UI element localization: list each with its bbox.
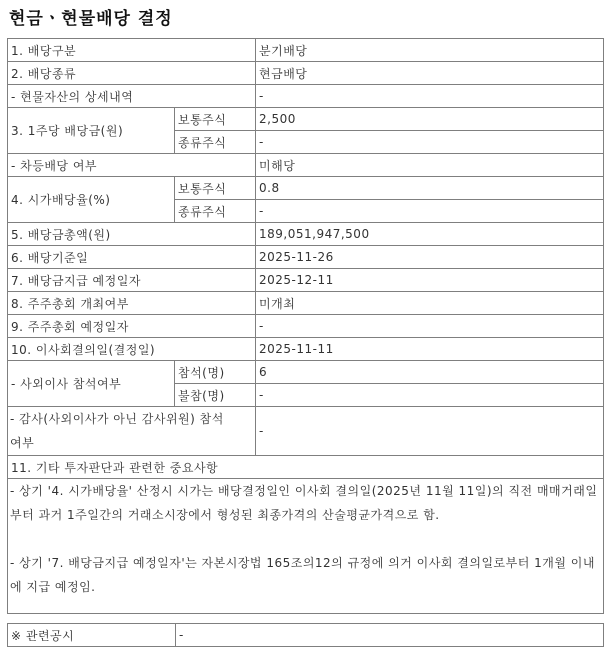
row-value: 2025-11-26 (256, 246, 604, 269)
sub-label: 보통주식 (175, 108, 256, 131)
table-row: 4. 시가배당율(%) 보통주식 0.8 (8, 177, 604, 200)
page-title: 현금ㆍ현물배당 결정 (9, 4, 173, 29)
notes-cell: - 상기 '4. 시가배당율' 산정시 시가는 배당결정일인 이사회 결의일(2… (8, 479, 604, 614)
table-row: 9. 주주총회 예정일자 - (8, 315, 604, 338)
row-value: 미해당 (256, 154, 604, 177)
row-label: 4. 시가배당율(%) (8, 177, 175, 223)
row-value: 2025-11-11 (256, 338, 604, 361)
row-value: - (256, 384, 604, 407)
row-label: 9. 주주총회 예정일자 (8, 315, 256, 338)
row-label: 7. 배당금지급 예정일자 (8, 269, 256, 292)
table-row: - 감사(사외이사가 아닌 감사위원) 참석여부 - (8, 407, 604, 456)
note-paragraph: - 상기 '7. 배당금지급 예정일자'는 자본시장법 165조의12의 규정에… (10, 551, 601, 599)
table-row: 1. 배당구분 분기배당 (8, 39, 604, 62)
section-heading: 11. 기타 투자판단과 관련한 중요사항 (8, 456, 604, 479)
table-row: 8. 주주총회 개최여부 미개최 (8, 292, 604, 315)
spacer (10, 527, 601, 551)
row-label: 8. 주주총회 개최여부 (8, 292, 256, 315)
table-row: 3. 1주당 배당금(원) 보통주식 2,500 (8, 108, 604, 131)
row-label: 1. 배당구분 (8, 39, 256, 62)
table-row: 6. 배당기준일 2025-11-26 (8, 246, 604, 269)
table-row: 7. 배당금지급 예정일자 2025-12-11 (8, 269, 604, 292)
row-value: - (256, 85, 604, 108)
row-value: 현금배당 (256, 62, 604, 85)
table-row: - 상기 '4. 시가배당율' 산정시 시가는 배당결정일인 이사회 결의일(2… (8, 479, 604, 614)
table-row: 2. 배당종류 현금배당 (8, 62, 604, 85)
sub-label: 참석(명) (175, 361, 256, 384)
related-value: - (176, 624, 604, 647)
row-label: - 현물자산의 상세내역 (8, 85, 256, 108)
row-value: - (256, 200, 604, 223)
table-row: 11. 기타 투자판단과 관련한 중요사항 (8, 456, 604, 479)
row-label: - 사외이사 참석여부 (8, 361, 175, 407)
note-paragraph: - 상기 '4. 시가배당율' 산정시 시가는 배당결정일인 이사회 결의일(2… (10, 479, 601, 527)
row-value: 6 (256, 361, 604, 384)
table-row: ※ 관련공시 - (8, 624, 604, 647)
row-label: 5. 배당금총액(원) (8, 223, 256, 246)
row-value: - (256, 407, 604, 456)
row-value: 2025-12-11 (256, 269, 604, 292)
table-row: - 사외이사 참석여부 참석(명) 6 (8, 361, 604, 384)
row-value: - (256, 131, 604, 154)
sub-label: 보통주식 (175, 177, 256, 200)
row-label: 10. 이사회결의일(결정일) (8, 338, 256, 361)
sub-label: 종류주식 (175, 200, 256, 223)
table-row: 5. 배당금총액(원) 189,051,947,500 (8, 223, 604, 246)
row-value: 분기배당 (256, 39, 604, 62)
row-label: - 감사(사외이사가 아닌 감사위원) 참석여부 (8, 407, 256, 456)
row-label: 6. 배당기준일 (8, 246, 256, 269)
row-value: 189,051,947,500 (256, 223, 604, 246)
table-row: 10. 이사회결의일(결정일) 2025-11-11 (8, 338, 604, 361)
table-row: - 차등배당 여부 미해당 (8, 154, 604, 177)
row-value: - (256, 315, 604, 338)
sub-label: 불참(명) (175, 384, 256, 407)
row-value: 미개최 (256, 292, 604, 315)
related-label: ※ 관련공시 (8, 624, 176, 647)
dividend-table: 1. 배당구분 분기배당 2. 배당종류 현금배당 - 현물자산의 상세내역 -… (7, 38, 604, 614)
related-disclosure-table: ※ 관련공시 - (7, 623, 604, 647)
row-value: 2,500 (256, 108, 604, 131)
row-value: 0.8 (256, 177, 604, 200)
row-label: 2. 배당종류 (8, 62, 256, 85)
row-label: 3. 1주당 배당금(원) (8, 108, 175, 154)
table-row: - 현물자산의 상세내역 - (8, 85, 604, 108)
sub-label: 종류주식 (175, 131, 256, 154)
row-label: - 차등배당 여부 (8, 154, 256, 177)
